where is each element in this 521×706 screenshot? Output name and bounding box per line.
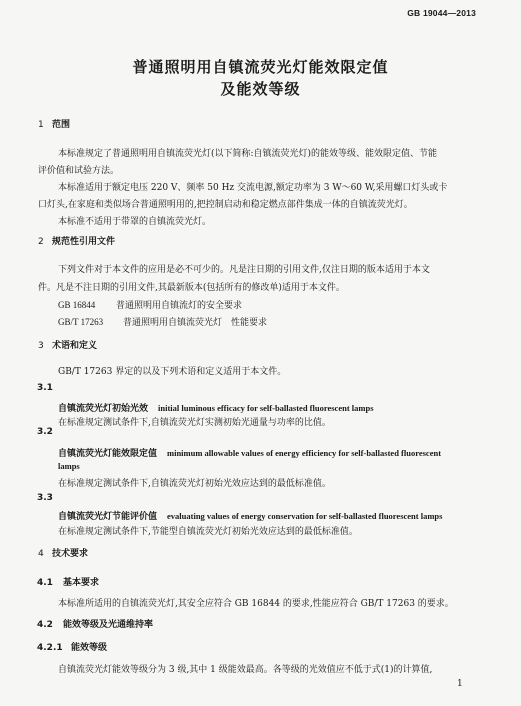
term-entry: 自镇流荧光灯初始光效initial luminous efficacy for … <box>58 401 374 414</box>
subsection-number: 4.2 <box>37 620 63 630</box>
section-title: 技术要求 <box>52 549 88 559</box>
section-3-heading: 3术语和定义 <box>38 338 97 351</box>
term-definition: 在标准规定测试条件下,节能型自镇流荧光灯初始光效应达到的最低标准值。 <box>58 526 358 538</box>
term-number: 3.2 <box>37 427 53 437</box>
section-4-heading: 4技术要求 <box>38 546 88 559</box>
term-entry: 自镇流荧光灯节能评价值evaluating values of energy c… <box>58 509 442 522</box>
term-number: 3.1 <box>37 383 53 393</box>
term-zh: 自镇流荧光灯初始光效 <box>58 404 148 414</box>
section-title: 范围 <box>52 120 70 130</box>
reference-code: GB/T 17263 <box>58 316 123 328</box>
standard-number: GB 19044—2013 <box>407 8 476 18</box>
subsection-number: 4.1 <box>37 578 63 588</box>
paragraph: GB/T 17263 界定的以及下列术语和定义适用于本文件。 <box>58 366 286 378</box>
paragraph: 本标准规定了普通照明用自镇流荧光灯(以下简称:自镇流荧光灯)的能效等级、能效限定… <box>58 148 437 160</box>
section-1-heading: 1范围 <box>38 117 70 130</box>
section-title: 规范性引用文件 <box>52 237 115 247</box>
paragraph: 本标准所适用的自镇流荧光灯,其安全应符合 GB 16844 的要求,性能应符合 … <box>58 598 454 610</box>
term-zh: 自镇流荧光灯节能评价值 <box>58 512 157 522</box>
reference-item: GB 16844普通照明用自镇流灯的安全要求 <box>58 299 242 312</box>
reference-code: GB 16844 <box>58 299 116 311</box>
term-en-continued: lamps <box>58 461 80 471</box>
subsection-title: 能效等级 <box>71 643 107 653</box>
paragraph: 自镇流荧光灯能效等级分为 3 级,其中 1 级能效最高。各等级的光效值应不低于式… <box>58 664 432 676</box>
paragraph: 口灯头,在家庭和类似场合普通照明用的,把控制启动和稳定燃点部件集成一体的自镇流荧… <box>38 199 413 211</box>
section-title: 术语和定义 <box>52 341 97 351</box>
paragraph: 本标准不适用于带罩的自镇流荧光灯。 <box>58 216 211 228</box>
subsection-title: 基本要求 <box>63 578 99 588</box>
document-page: GB 19044—2013 普通照明用自镇流荧光灯能效限定值 及能效等级 1范围… <box>0 0 521 706</box>
paragraph: 评价值和试验方法。 <box>38 165 119 177</box>
subsection-title: 能效等级及光通维持率 <box>63 620 153 630</box>
section-number: 1 <box>38 120 52 130</box>
term-en: evaluating values of energy conservation… <box>167 511 442 521</box>
section-number: 4 <box>38 549 52 559</box>
paragraph: 本标准适用于额定电压 220 V、频率 50 Hz 交流电源,额定功率为 3 W… <box>58 182 447 194</box>
subsection-number: 4.2.1 <box>37 643 71 653</box>
subsection-4-1-heading: 4.1基本要求 <box>37 575 99 588</box>
paragraph: 件。凡是不注日期的引用文件,其最新版本(包括所有的修改单)适用于本文件。 <box>38 282 345 294</box>
subsection-4-2-1-heading: 4.2.1能效等级 <box>37 640 107 653</box>
term-definition: 在标准规定测试条件下,自镇流荧光灯初始光效应达到的最低标准值。 <box>58 478 331 490</box>
reference-item: GB/T 17263普通照明用自镇流荧光灯 性能要求 <box>58 316 267 329</box>
page-number: 1 <box>457 679 463 689</box>
document-title-line2: 及能效等级 <box>0 78 521 99</box>
term-en: minimum allowable values of energy effic… <box>167 448 441 458</box>
term-number: 3.3 <box>37 493 53 503</box>
paragraph: 下列文件对于本文件的应用是必不可少的。凡是注日期的引用文件,仅注日期的版本适用于… <box>58 264 430 276</box>
section-2-heading: 2规范性引用文件 <box>38 234 115 247</box>
term-definition: 在标准规定测试条件下,自镇流荧光灯实测初始光通量与功率的比值。 <box>58 417 331 429</box>
reference-title: 普通照明用自镇流灯的安全要求 <box>116 301 242 311</box>
subsection-4-2-heading: 4.2能效等级及光通维持率 <box>37 617 153 630</box>
document-title-line1: 普通照明用自镇流荧光灯能效限定值 <box>0 56 521 77</box>
section-number: 2 <box>38 237 52 247</box>
term-zh: 自镇流荧光灯能效限定值 <box>58 449 157 459</box>
section-number: 3 <box>38 341 52 351</box>
term-en: initial luminous efficacy for self-balla… <box>158 403 373 413</box>
term-entry: 自镇流荧光灯能效限定值minimum allowable values of e… <box>58 446 441 459</box>
reference-title: 普通照明用自镇流荧光灯 性能要求 <box>123 318 267 328</box>
